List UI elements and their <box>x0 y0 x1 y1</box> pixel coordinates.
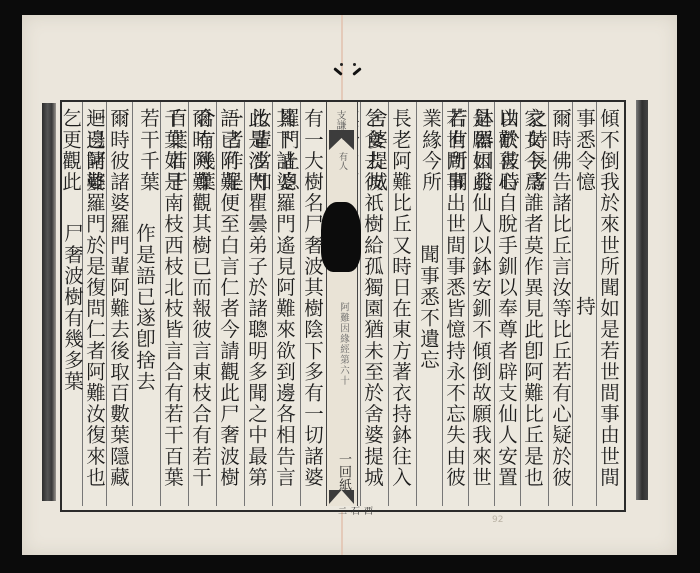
text-column: 其下諸婆羅門遙見阿難來欲到邊各相告言汝輩當知 <box>272 102 296 506</box>
text-column: 若世間事出世間事悉皆憶持永不忘失由彼業緣今所 <box>442 102 466 506</box>
sheet-count: 一回紙 <box>334 452 353 491</box>
text-column: 乞食去彼祇樹給孤獨園猶未至於舍婆提城其於中間 <box>360 102 384 506</box>
text-column: 迴已諸婆羅門於是復問仁者阿難汝復來也乞更觀此 <box>82 102 106 506</box>
text-column: 此是沙門瞿曇弟子於諸聰明多聞之中最第一者作是 <box>244 102 268 506</box>
fishtail-lower-icon <box>329 490 354 504</box>
center-strip: 支謙譯 有人 阿難因緣經第六十 一回紙 西石二 <box>326 102 358 506</box>
pencil-page-number: 92 <box>492 515 503 525</box>
text-column: 長老阿難比丘又時日在東方著衣持鉢往入舍婆提城 <box>388 102 412 506</box>
left-border-edge <box>42 103 56 501</box>
text-column: 尸奢波樹有幾多葉 <box>60 102 84 506</box>
text-column: 是願如此仙人以鉢安釧不傾倒故願我來世若有所聞 <box>468 102 492 506</box>
text-column: 以歡喜心自脫手釧以奉尊者辟支仙人安置鉢器因發 <box>494 102 518 506</box>
text-column: 語已阿難便至白言仁者今請觀此尸奢波樹合有幾葉 <box>216 102 240 506</box>
text-column: 爾時阿難觀其樹已而報彼言東枝合有若干百葉若干 <box>188 102 212 506</box>
text-column: 爾時佛告諸比丘言汝等比丘若有心疑於彼之時長者 <box>548 102 572 506</box>
text-column: 有一大樹名尸奢波其樹陰下多有一切諸婆羅門止息 <box>300 102 324 506</box>
text-column: 爾時彼諸婆羅門輩阿難去後取百數葉隱藏一邊阿難 <box>106 102 130 506</box>
text-column: 聞事悉不遺忘 <box>416 102 440 506</box>
sutra-title: 阿難因緣經第六十 <box>336 302 350 386</box>
ink-blot <box>321 202 361 272</box>
folio-label: 西石二 <box>335 506 374 515</box>
text-column: 千葉如是南枝西枝北枝皆言合有若干百葉若干千葉 <box>160 102 184 506</box>
fishtail-upper-icon <box>329 130 354 150</box>
text-column: 家女今爲誰者莫作異見此卽阿難比丘是也由於彼時 <box>520 102 544 506</box>
right-border-edge <box>636 100 648 500</box>
fishtail-dot-left <box>340 63 343 66</box>
fishtail-label: 有人 <box>336 152 349 170</box>
text-column: 持 <box>572 102 596 506</box>
text-column: 作是語已遂卽捨去 <box>132 102 156 506</box>
fishtail-dot-right <box>353 63 356 66</box>
text-column: 傾不倒我於來世所聞如是若世間事由世間事悉令憶 <box>596 102 620 506</box>
